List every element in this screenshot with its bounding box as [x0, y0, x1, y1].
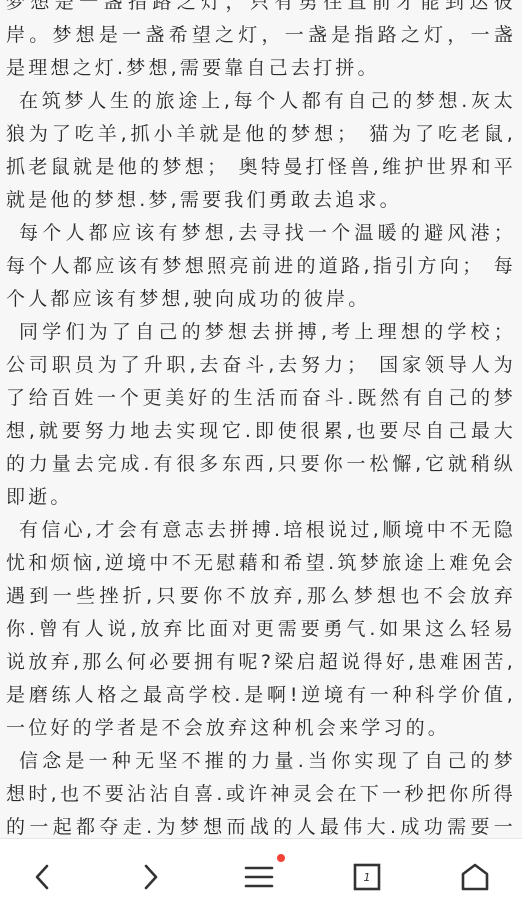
menu-button[interactable]: [239, 857, 279, 897]
hamburger-menu-icon: [244, 864, 274, 890]
forward-button[interactable]: [130, 857, 170, 897]
article-paragraph: 信念是一种无坚不摧的力量.当你实现了自己的梦想时,也不要沾沾自喜.或许神灵会在下…: [6, 745, 516, 838]
article-paragraph: 同学们为了自己的梦想去拼搏,考上理想的学校； 公司职员为了升职,去奋斗,去努力；…: [6, 316, 516, 514]
notification-dot: [277, 854, 285, 862]
home-button[interactable]: [455, 857, 495, 897]
article-body: 梦想是一盏指路之灯，只有勇往直前才能到达彼岸。梦想是一盏希望之灯，一盏是指路之灯…: [6, 0, 516, 838]
tabs-button[interactable]: 1: [347, 857, 387, 897]
chevron-right-icon: [140, 863, 160, 891]
article-paragraph: 在筑梦人生的旅途上,每个人都有自己的梦想.灰太狼为了吃羊,抓小羊就是他的梦想； …: [6, 85, 516, 217]
chevron-left-icon: [33, 863, 53, 891]
article-paragraph: 梦想是一盏指路之灯，只有勇往直前才能到达彼岸。梦想是一盏希望之灯，一盏是指路之灯…: [6, 0, 516, 85]
reader-content-area[interactable]: 梦想是一盏指路之灯，只有勇往直前才能到达彼岸。梦想是一盏希望之灯，一盏是指路之灯…: [0, 0, 522, 838]
home-icon: [461, 863, 489, 891]
tab-count: 1: [347, 857, 387, 897]
article-paragraph: 有信心,才会有意志去拼搏.培根说过,顺境中不无隐忧和烦恼,逆境中不无慰藉和希望.…: [6, 514, 516, 745]
browser-bottom-navbar: 1: [0, 838, 522, 912]
article-paragraph: 每个人都应该有梦想,去寻找一个温暖的避风港； 每个人都应该有梦想照亮前进的道路,…: [6, 217, 516, 316]
back-button[interactable]: [23, 857, 63, 897]
